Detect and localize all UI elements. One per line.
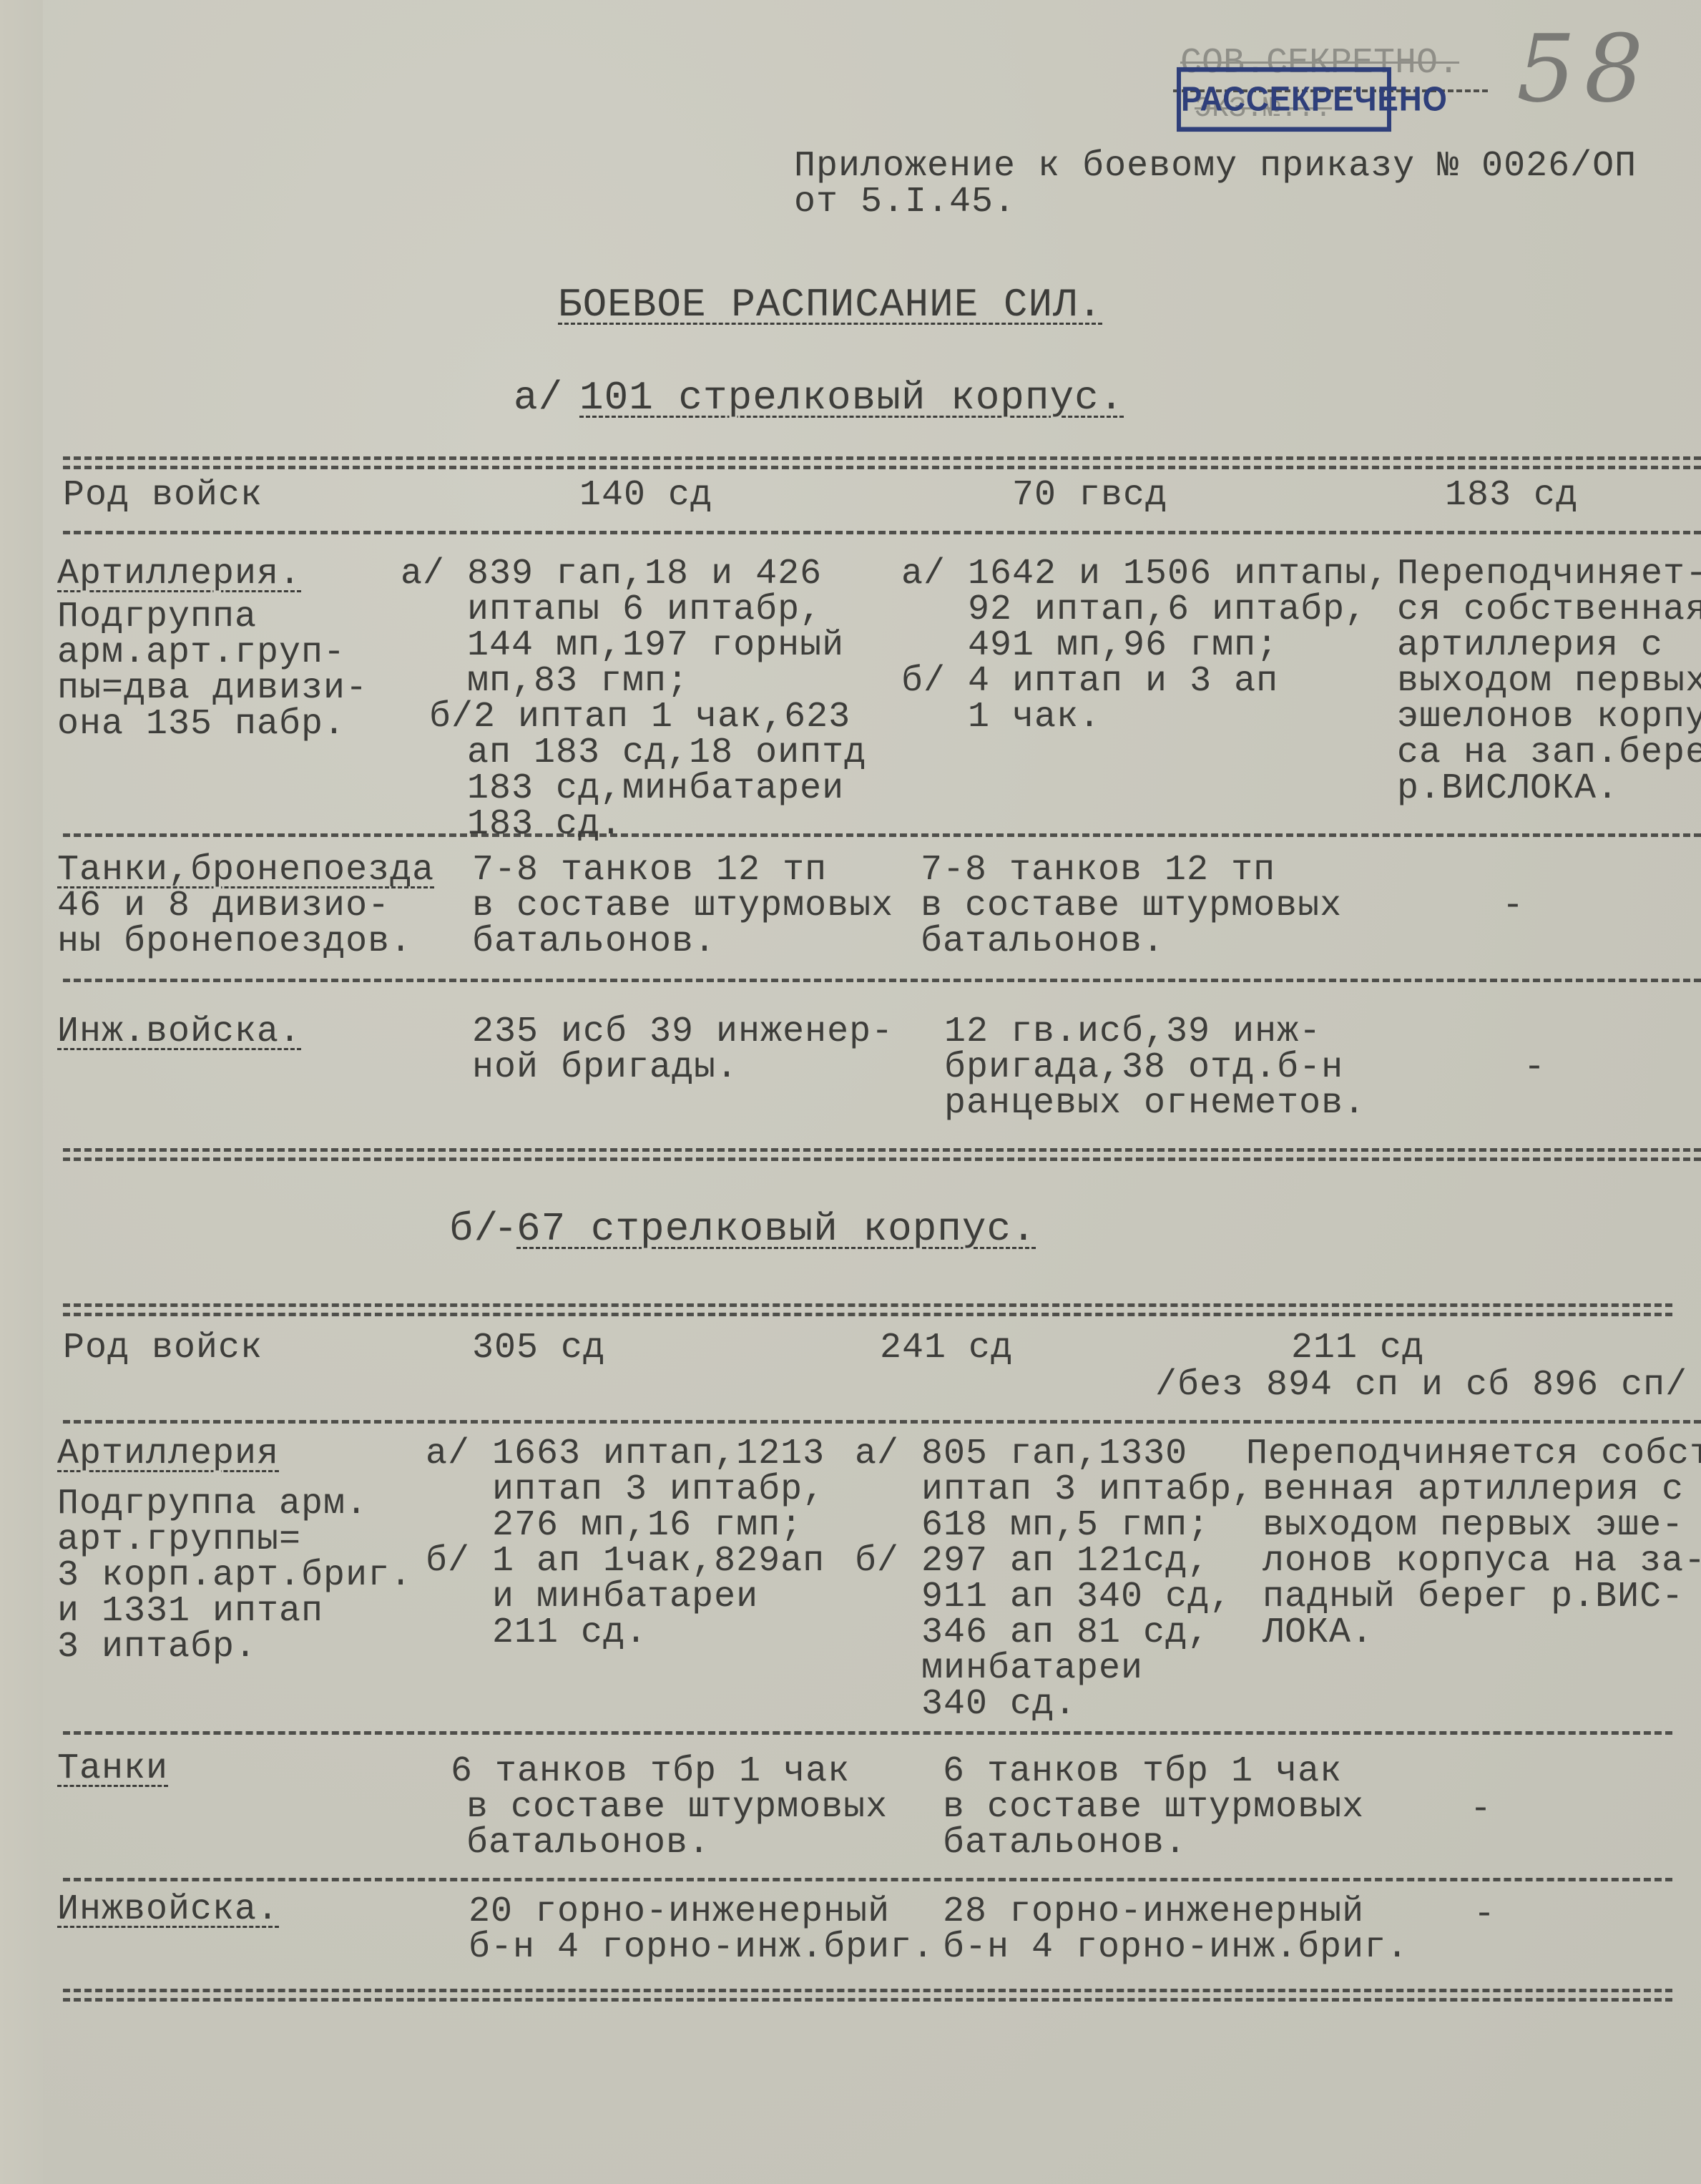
cell-line: 12 гв.исб,39 инж- <box>944 1014 1321 1050</box>
cell-line: в составе штурмовых <box>472 888 893 924</box>
branch-note-line: ны бронепоездов. <box>57 924 412 960</box>
col-header-branch: Род войск <box>63 1331 263 1366</box>
cell-line: выходом первых эше- <box>1263 1508 1684 1544</box>
table-b-bottom-rule <box>63 1989 1672 1992</box>
branch-note-line: 46 и 8 дивизио- <box>57 888 390 924</box>
branch-note-line: 3 корп.арт.бриг. <box>57 1558 412 1594</box>
table-a-bottom-rule <box>63 1148 1701 1152</box>
col-header-305sd: 305 сд <box>472 1331 605 1366</box>
cell-line: эшелонов корпу- <box>1397 700 1701 735</box>
table-b-top-rule <box>63 1303 1672 1307</box>
cell-line: 183 сд,минбатареи <box>401 771 844 807</box>
col-header-211sd-note: /без 894 сп и сб 896 сп/ <box>1155 1368 1687 1404</box>
row-divider <box>63 979 1701 982</box>
cell-line: Переподчиняет- <box>1397 557 1701 592</box>
cell-line: 20 горно-инженерный <box>469 1894 890 1930</box>
cell-line: минбатареи <box>855 1651 1143 1687</box>
row-divider <box>63 1878 1672 1881</box>
col-header-140sd: 140 сд <box>579 478 712 514</box>
cell-line: 491 мп,96 гмп; <box>901 628 1278 664</box>
handwritten-page-number: 58 <box>1516 14 1652 123</box>
document-title: БОЕВОЕ РАСПИСАНИЕ СИЛ. <box>558 285 1102 325</box>
cell-line: 618 мп,5 гмп; <box>855 1508 1210 1544</box>
col-header-branch: Род войск <box>63 478 263 514</box>
branch-engineers-a: Инж.войска. <box>57 1014 301 1050</box>
document-page: СОВ.СЕКРЕТНО. ЭКЗ.№... РАССЕКРЕЧЕНО 58 П… <box>0 0 1701 2184</box>
cell-line: 911 ап 340 сд, <box>855 1580 1232 1615</box>
table-b-header-rule <box>63 1420 1701 1424</box>
cell-line: выходом первых <box>1397 664 1701 700</box>
appendix-line-1: Приложение к боевому приказу № 0026/ОП <box>794 149 1637 185</box>
cell-line: Переподчиняется собст <box>1246 1436 1701 1472</box>
cell-line: са на зап.берег <box>1397 735 1701 771</box>
cell-line: мп,83 гмп; <box>401 664 689 700</box>
cell-line: 92 иптап,6 иптабр, <box>901 592 1367 628</box>
cell-line: ап 183 сд,18 оиптд <box>401 735 866 771</box>
section-a-prefix: а/ <box>514 378 563 418</box>
cell-line: иптапы 6 иптабр, <box>401 592 822 628</box>
col-header-241sd: 241 сд <box>880 1331 1013 1366</box>
col-header-183sd: 183 сд <box>1445 478 1578 514</box>
cell-dash: - <box>1502 888 1524 924</box>
section-b-title: 67 стрелковый корпус. <box>516 1209 1036 1249</box>
table-a-top-rule <box>63 456 1701 460</box>
cell-line: 183 сд. <box>401 807 622 843</box>
table-a-header-rule <box>63 531 1701 534</box>
cell-line: р.ВИСЛОКА. <box>1397 771 1619 807</box>
cell-line: ранцевых огнеметов. <box>944 1086 1366 1122</box>
cell-line: батальонов. <box>466 1826 710 1861</box>
cell-line: 6 танков тбр 1 чак <box>451 1754 850 1790</box>
cell-line: батальонов. <box>943 1826 1187 1861</box>
cell-line: а/ 839 гап,18 и 426 <box>401 557 822 592</box>
cell-line: лонов корпуса на за- <box>1263 1544 1701 1580</box>
cell-line: бригада,38 отд.б-н <box>944 1050 1343 1086</box>
cell-line: б-н 4 горно-инж.бриг. <box>469 1930 934 1966</box>
col-header-70gvsd: 70 гвсд <box>1012 478 1167 514</box>
cell-line: 1 чак. <box>901 700 1101 735</box>
cell-line: артиллерия с <box>1397 628 1663 664</box>
cell-line: в составе штурмовых <box>466 1790 888 1826</box>
row-divider <box>63 833 1701 837</box>
branch-note-line: и 1331 иптап <box>57 1594 323 1630</box>
cell-line: батальонов. <box>921 924 1165 960</box>
section-a-title: 101 стрелковый корпус. <box>579 378 1124 418</box>
cell-line: а/ 1663 иптап,1213 <box>426 1436 825 1472</box>
cell-line: б/ 4 иптап и 3 ап <box>901 664 1278 700</box>
cell-line: ной бригады. <box>472 1050 738 1086</box>
cell-line: падный берег р.ВИС- <box>1263 1580 1684 1615</box>
cell-line: ся собственная <box>1397 592 1701 628</box>
cell-line: 235 исб 39 инженер- <box>472 1014 893 1050</box>
branch-note-line: она 135 пабр. <box>57 707 345 743</box>
cell-line: б-н 4 горно-инж.бриг. <box>943 1930 1408 1966</box>
branch-note-line: Подгруппа арм. <box>57 1487 368 1522</box>
cell-line: 6 танков тбр 1 чак <box>943 1754 1342 1790</box>
section-b-dash: - <box>494 1209 519 1249</box>
cell-line: венная артиллерия с <box>1263 1472 1684 1508</box>
cell-line: 144 мп,197 горный <box>401 628 844 664</box>
cell-line: б/2 иптап 1 чак,623 <box>429 700 850 735</box>
section-b-prefix: б/ <box>449 1209 499 1249</box>
branch-artillery-b: Артиллерия <box>57 1436 279 1472</box>
branch-tanks-a: Танки,бронепоезда <box>57 853 434 888</box>
declassified-stamp: РАССЕКРЕЧЕНО <box>1177 67 1391 132</box>
cell-line: б/ 1 ап 1чак,829ап <box>426 1544 825 1580</box>
branch-note-line: пы=два дивизи- <box>57 671 368 707</box>
cell-dash: - <box>1470 1792 1492 1828</box>
row-divider <box>63 1731 1672 1735</box>
cell-dash: - <box>1524 1050 1546 1086</box>
cell-line: 7-8 танков 12 тп <box>921 853 1275 888</box>
cell-line: 7-8 танков 12 тп <box>472 853 827 888</box>
branch-note-line: арм.арт.груп- <box>57 635 345 671</box>
cell-line: б/ 297 ап 121сд, <box>855 1544 1210 1580</box>
cell-line: 340 сд. <box>855 1687 1077 1723</box>
appendix-line-2: от 5.I.45. <box>794 185 1016 220</box>
cell-line: 346 ап 81 сд, <box>855 1615 1210 1651</box>
col-header-211sd: 211 сд <box>1291 1331 1424 1366</box>
cell-line: иптап 3 иптабр, <box>426 1472 825 1508</box>
cell-line: батальонов. <box>472 924 716 960</box>
binding-edge <box>0 0 43 2184</box>
cell-line: а/ 805 гап,1330 <box>855 1436 1187 1472</box>
cell-line: 28 горно-инженерный <box>943 1894 1364 1930</box>
branch-note-line: арт.группы= <box>57 1522 301 1558</box>
branch-tanks-b: Танки <box>57 1751 168 1787</box>
branch-note-line: Подгруппа <box>57 599 257 635</box>
cell-line: а/ 1642 и 1506 иптапы, <box>901 557 1389 592</box>
cell-line: 211 сд. <box>426 1615 647 1651</box>
cell-line: иптап 3 иптабр, <box>855 1472 1254 1508</box>
branch-artillery-a: Артиллерия. <box>57 557 301 592</box>
cell-line: и минбатареи <box>426 1580 758 1615</box>
branch-note-line: 3 иптабр. <box>57 1630 257 1665</box>
cell-line: в составе штурмовых <box>921 888 1342 924</box>
cell-line: ЛОКА. <box>1263 1615 1373 1651</box>
branch-engineers-b: Инжвойска. <box>57 1892 279 1928</box>
cell-dash: - <box>1474 1897 1496 1933</box>
cell-line: в составе штурмовых <box>943 1790 1364 1826</box>
cell-line: 276 мп,16 гмп; <box>426 1508 803 1544</box>
